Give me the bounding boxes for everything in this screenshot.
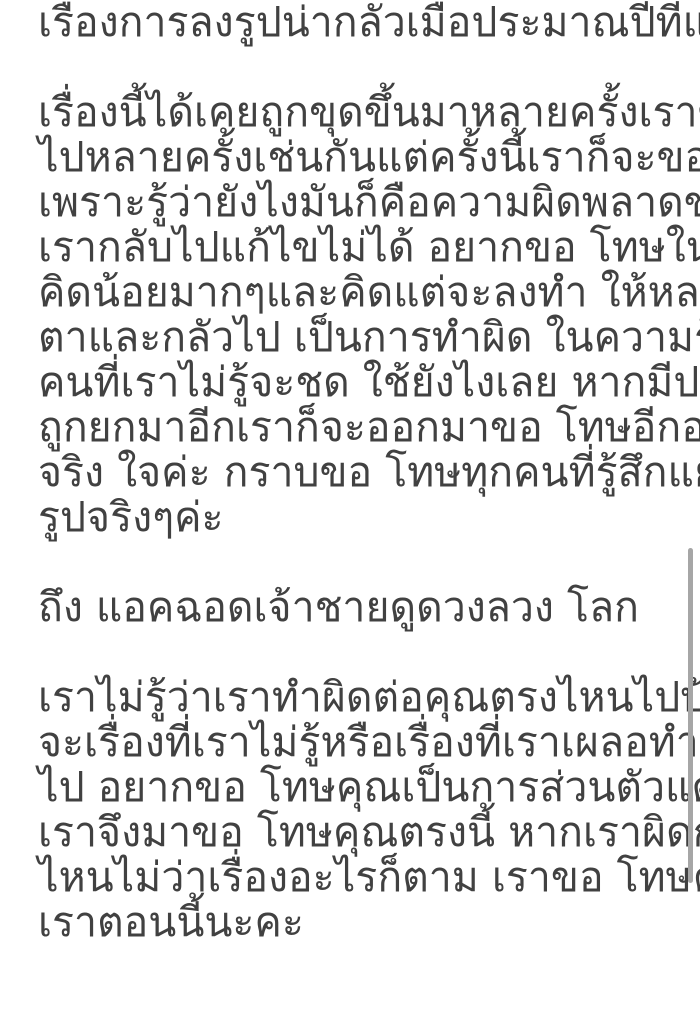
scrollbar-thumb[interactable]	[688, 548, 693, 883]
text-line: เรื่องนี้ได้เคยถูกขุดขึ้นมาหลายครั้งเราข…	[38, 90, 652, 135]
text-line: ไป อยากขอ โทษคุณเป็นการส่วนตัวแต่คงไม่ได…	[38, 765, 652, 810]
text-line: เราจึงมาขอ โทษคุณตรงนี้ หากเราผิดกับคุณต…	[38, 810, 652, 855]
text-line: ถูกยกมาอีกเราก็จะออกมาขอ โทษอีกอย่าง	[38, 405, 652, 450]
paragraph-personal-apology: เราไม่รู้ว่าเราทำผิดต่อคุณตรงไหนไปบ้าง ไ…	[38, 675, 652, 945]
text-line: จะเรื่องที่เราไม่รู้หรือเรื่องที่เราเผลอ…	[38, 720, 652, 765]
text-line: คนที่เราไม่รู้จะชด ใช้ยังไงเลย หากมีประเ…	[38, 360, 652, 405]
text-line: ไหนไม่ว่าเรื่องอะไรก็ตาม เราขอ โทษคุณจาก…	[38, 855, 652, 900]
paragraph-title: เรื่องการลงรูปน่ากลัวเมื่อประมาณปีที่แล้…	[38, 0, 652, 45]
text-line: เรากลับไปแก้ไขไม่ได้ อยากขอ โทษในตอนนั้น…	[38, 225, 652, 270]
text-line: ตาและกลัวไป เป็นการทำผิด ในความรู้สึกของ	[38, 315, 652, 360]
text-line: ถึง แอคฉอดเจ้าชายดูดวงลวง โลก	[38, 585, 652, 630]
text-line: คิดน้อยมากๆและคิดแต่จะลงทำ ให้หลายคนติด	[38, 270, 652, 315]
text-line: ไปหลายครั้งเช่นกันแต่ครั้งนี้เราก็จะขอ โ…	[38, 135, 652, 180]
text-line: เราไม่รู้ว่าเราทำผิดต่อคุณตรงไหนไปบ้าง ไ…	[38, 675, 652, 720]
text-line: เรื่องการลงรูปน่ากลัวเมื่อประมาณปีที่แล้…	[38, 0, 652, 45]
text-line: เพราะรู้ว่ายังไงมันก็คือความผิดพลาดของเร…	[38, 180, 652, 225]
note-page: เรื่องการลงรูปน่ากลัวเมื่อประมาณปีที่แล้…	[0, 0, 700, 1027]
paragraph-apology: เรื่องนี้ได้เคยถูกขุดขึ้นมาหลายครั้งเราข…	[38, 90, 652, 540]
text-line: เราตอนนี้นะคะ	[38, 900, 652, 945]
text-line: จริง ใจค่ะ กราบขอ โทษทุกคนที่รู้สึกแย่ ใ…	[38, 450, 652, 495]
note-text-content: เรื่องการลงรูปน่ากลัวเมื่อประมาณปีที่แล้…	[38, 0, 652, 990]
paragraph-addressee: ถึง แอคฉอดเจ้าชายดูดวงลวง โลก	[38, 585, 652, 630]
text-line: รูปจริงๆค่ะ	[38, 495, 652, 540]
